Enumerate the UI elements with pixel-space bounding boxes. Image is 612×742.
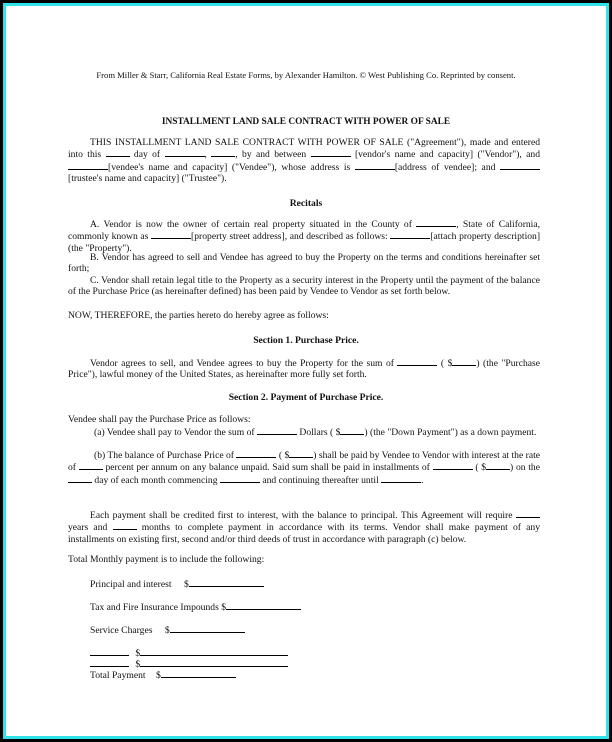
vendor-name-blank[interactable] (311, 148, 351, 157)
recital-b: B. Vendor has agreed to sell and Vendee … (68, 252, 540, 275)
service-row: Service Charges $ (90, 623, 245, 636)
balance-amount-blank[interactable] (289, 449, 313, 458)
end-date-blank[interactable] (381, 474, 421, 483)
total-payment-row: Total Payment $ (90, 668, 236, 681)
day-blank[interactable] (106, 148, 130, 157)
section1-paragraph: Vendor agrees to sell, and Vendee agrees… (68, 357, 540, 381)
county-blank[interactable] (416, 218, 456, 227)
purchase-price-words-blank[interactable] (397, 357, 437, 366)
each-payment-paragraph: Each payment shall be credited first to … (68, 509, 540, 545)
document-page: From Miller & Starr, California Real Est… (6, 6, 606, 736)
section2-heading: Section 2. Payment of Purchase Price. (6, 392, 606, 403)
total-payment-blank[interactable] (161, 668, 236, 678)
intro-paragraph: THIS INSTALLMENT LAND SALE CONTRACT WITH… (68, 137, 540, 185)
document-frame: From Miller & Starr, California Real Est… (3, 3, 609, 739)
commencing-date-blank[interactable] (220, 474, 260, 483)
down-payment-words-blank[interactable] (257, 426, 297, 435)
month-blank[interactable] (165, 148, 205, 157)
extra-amount-blank-1[interactable] (140, 646, 288, 656)
trustee-name-blank[interactable] (500, 161, 540, 170)
recital-a: A. Vendor is now the owner of certain re… (68, 218, 540, 254)
payment-day-blank[interactable] (68, 474, 92, 483)
property-address-blank[interactable] (151, 230, 191, 239)
document-title: INSTALLMENT LAND SALE CONTRACT WITH POWE… (6, 117, 606, 128)
tax-blank[interactable] (226, 600, 301, 610)
total-monthly-lead: Total Monthly payment is to include the … (68, 554, 540, 565)
property-description-blank[interactable] (390, 230, 430, 239)
section2-item-b: (b) The balance of Purchase Price of ( $… (68, 449, 540, 486)
now-therefore: NOW, THEREFORE, the parties hereto do he… (68, 310, 540, 321)
section2-lead: Vendee shall pay the Purchase Price as f… (68, 414, 540, 425)
extra-label-blank-2[interactable] (90, 657, 129, 667)
recitals-heading: Recitals (6, 198, 606, 209)
vendee-name-blank[interactable] (68, 161, 108, 170)
installment-amount-blank[interactable] (486, 461, 510, 470)
principal-row: Principal and interest $ (90, 577, 264, 590)
principal-blank[interactable] (189, 577, 264, 587)
balance-words-blank[interactable] (236, 449, 276, 458)
years-blank[interactable] (516, 509, 540, 518)
service-blank[interactable] (170, 623, 245, 633)
months-blank[interactable] (113, 521, 137, 530)
section2-item-a: (a) Vendee shall pay to Vendor the sum o… (68, 426, 540, 438)
section1-heading: Section 1. Purchase Price. (6, 335, 606, 346)
interest-rate-blank[interactable] (79, 461, 103, 470)
tax-row: Tax and Fire Insurance Impounds $ (90, 600, 301, 613)
installment-words-blank[interactable] (433, 461, 473, 470)
down-payment-amount-blank[interactable] (340, 426, 364, 435)
recital-c: C. Vendor shall retain legal title to th… (68, 275, 540, 298)
source-credit: From Miller & Starr, California Real Est… (6, 70, 606, 81)
extra-amount-blank-2[interactable] (140, 657, 288, 667)
extra-label-blank-1[interactable] (90, 646, 129, 656)
vendee-address-blank[interactable] (355, 161, 395, 170)
purchase-price-amount-blank[interactable] (452, 357, 476, 366)
year-blank[interactable] (211, 148, 235, 157)
